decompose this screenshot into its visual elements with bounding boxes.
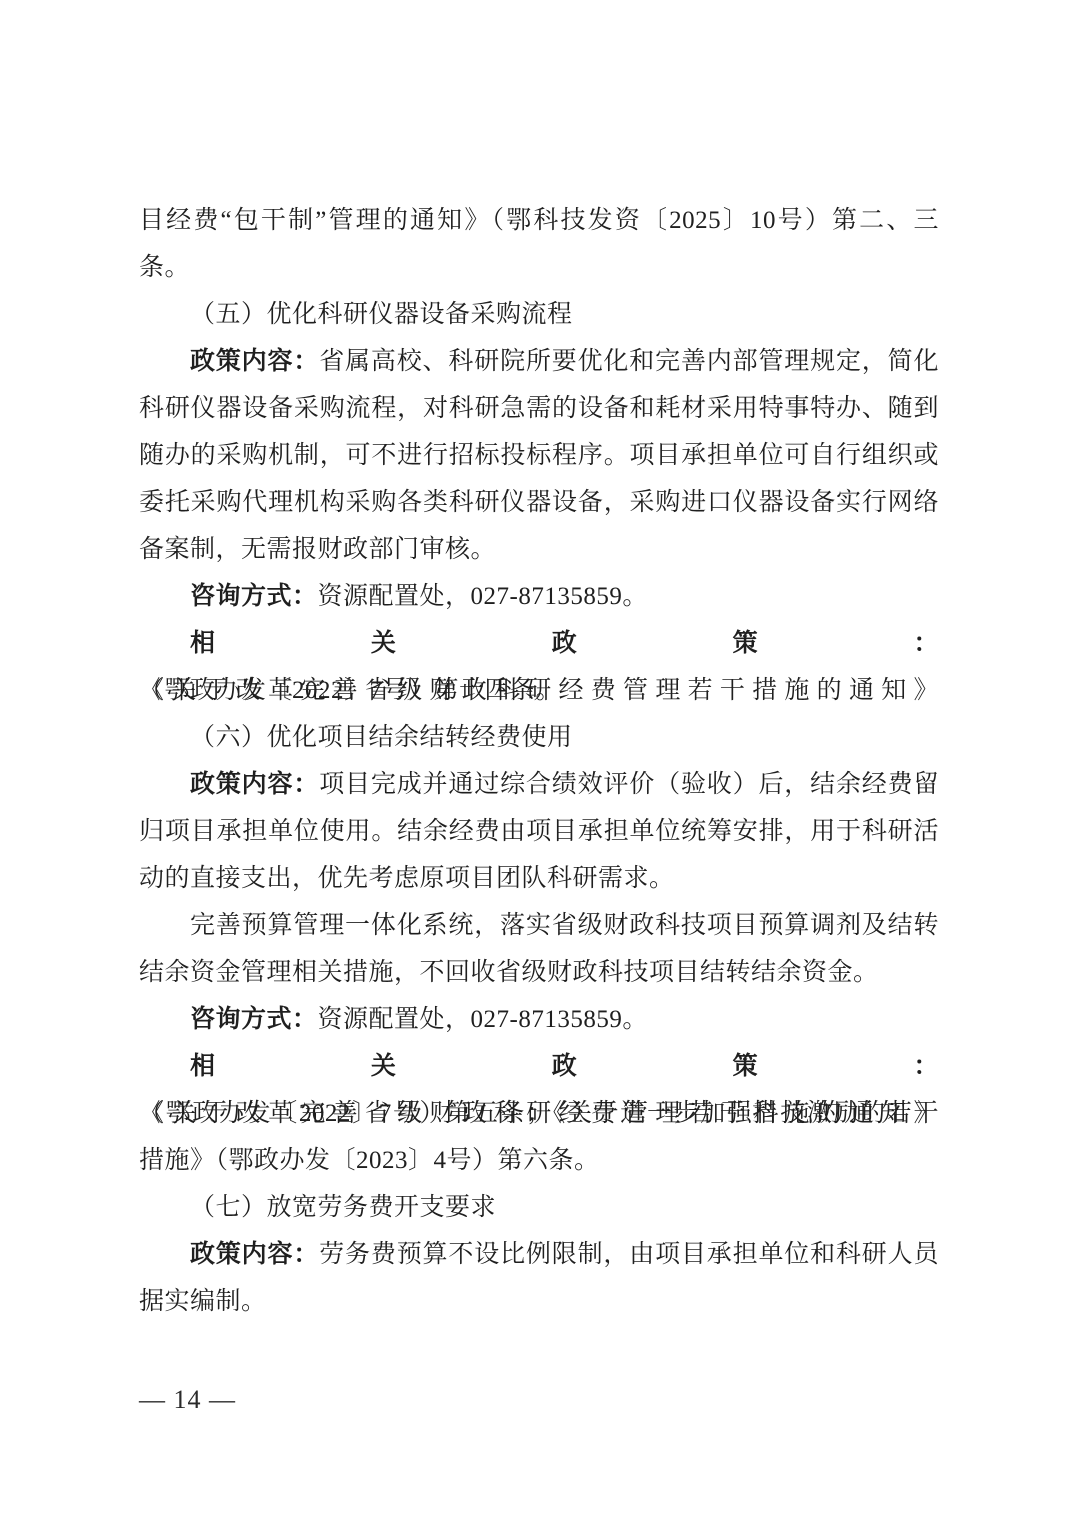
text-line: 据实编制。 (139, 1278, 939, 1325)
section-heading-6: （六）优化项目结余结转经费使用 (139, 714, 939, 761)
text-line: 完善预算管理一体化系统，落实省级财政科技项目预算调剂及结转 (139, 902, 939, 949)
line-text: 动的直接支出，优先考虑原项目团队科研需求。 (139, 865, 675, 892)
policy-content-line: 政策内容：项目完成并通过综合绩效评价（验收）后，结余经费留 (139, 761, 939, 808)
policy-content-line: 政策内容：省属高校、科研院所要优化和完善内部管理规定，简化 (139, 338, 939, 385)
page-number: — 14 — (139, 1380, 236, 1420)
heading-text: （五）优化科研仪器设备采购流程 (190, 301, 573, 328)
line-text: 完善预算管理一体化系统，落实省级财政科技项目预算调剂及结转 (190, 912, 939, 939)
line-text: 委托采购代理机构采购各类科研仪器设备，采购进口仪器设备实行网络 (139, 489, 939, 516)
document-page: 目经费“包干制”管理的通知》（鄂科技发资〔2025〕10号）第二、三 条。 （五… (0, 0, 1074, 1520)
line-text: 备案制，无需报财政部门审核。 (139, 536, 496, 563)
contact-line: 咨询方式：资源配置处，027-87135859。 (139, 996, 939, 1043)
line-text: 条。 (139, 254, 190, 281)
text-line: 结余资金管理相关措施，不回收省级财政科技项目结转结余资金。 (139, 949, 939, 996)
line-text: 结余资金管理相关措施，不回收省级财政科技项目结转结余资金。 (139, 959, 879, 986)
text-line: 随办的采购机制，可不进行招标投标程序。项目承担单位可自行组织或 (139, 432, 939, 479)
line-text: 资源配置处，027-87135859。 (318, 583, 648, 610)
text-line: 备案制，无需报财政部门审核。 (139, 526, 939, 573)
page-number-text: — 14 — (139, 1385, 236, 1414)
line-text: 资源配置处，027-87135859。 (318, 1006, 648, 1033)
text-line: 科研仪器设备采购流程，对科研急需的设备和耗材采用特事特办、随到 (139, 385, 939, 432)
field-label: 政策内容： (190, 771, 319, 798)
document-body: 目经费“包干制”管理的通知》（鄂科技发资〔2025〕10号）第二、三 条。 （五… (139, 197, 939, 1325)
line-text: 科研仪器设备采购流程，对科研急需的设备和耗材采用特事特办、随到 (139, 395, 939, 422)
field-label: 政策内容： (190, 1241, 319, 1268)
text-line: 委托采购代理机构采购各类科研仪器设备，采购进口仪器设备实行网络 (139, 479, 939, 526)
text-line: 动的直接支出，优先考虑原项目团队科研需求。 (139, 855, 939, 902)
line-text: 项目完成并通过综合绩效评价（验收）后，结余经费留 (319, 771, 939, 798)
line-text: （鄂政办发〔2022〕7号）第五条；《关于进一步加强科技激励的若干 (139, 1100, 939, 1127)
heading-text: （六）优化项目结余结转经费使用 (190, 724, 573, 751)
line-text: 省属高校、科研院所要优化和完善内部管理规定，简化 (319, 348, 939, 375)
related-policy-line: 相关政策：《关于改革完善省级财政科研经费管理若干措施的通知》 (139, 1043, 939, 1090)
line-text: 归项目承担单位使用。结余经费由项目承担单位统筹安排，用于科研活 (139, 818, 939, 845)
contact-line: 咨询方式：资源配置处，027-87135859。 (139, 573, 939, 620)
text-line: 目经费“包干制”管理的通知》（鄂科技发资〔2025〕10号）第二、三 (139, 197, 939, 244)
line-text: 措施》（鄂政办发〔2023〕4号）第六条。 (139, 1147, 600, 1174)
text-line: （鄂政办发〔2022〕7号）第五条；《关于进一步加强科技激励的若干 (139, 1090, 939, 1137)
text-line: 措施》（鄂政办发〔2023〕4号）第六条。 (139, 1137, 939, 1184)
line-text: 据实编制。 (139, 1288, 267, 1315)
policy-content-line: 政策内容：劳务费预算不设比例限制，由项目承担单位和科研人员 (139, 1231, 939, 1278)
related-policy-line: 相关政策：《关于改革完善省级财政科研经费管理若干措施的通知》 (139, 620, 939, 667)
section-heading-7: （七）放宽劳务费开支要求 (139, 1184, 939, 1231)
text-line: 条。 (139, 244, 939, 291)
line-text: 随办的采购机制，可不进行招标投标程序。项目承担单位可自行组织或 (139, 442, 939, 469)
text-line: 归项目承担单位使用。结余经费由项目承担单位统筹安排，用于科研活 (139, 808, 939, 855)
line-text: 劳务费预算不设比例限制，由项目承担单位和科研人员 (319, 1241, 939, 1268)
field-label: 相关政策： (190, 1053, 939, 1080)
heading-text: （七）放宽劳务费开支要求 (190, 1194, 496, 1221)
line-text: 目经费“包干制”管理的通知》（鄂科技发资〔2025〕10号）第二、三 (139, 207, 939, 234)
line-text: （鄂政办发〔2022〕7号）第十四条。 (139, 677, 561, 704)
field-label: 政策内容： (190, 348, 319, 375)
section-heading-5: （五）优化科研仪器设备采购流程 (139, 291, 939, 338)
field-label: 相关政策： (190, 630, 939, 657)
field-label: 咨询方式： (190, 583, 318, 610)
field-label: 咨询方式： (190, 1006, 318, 1033)
